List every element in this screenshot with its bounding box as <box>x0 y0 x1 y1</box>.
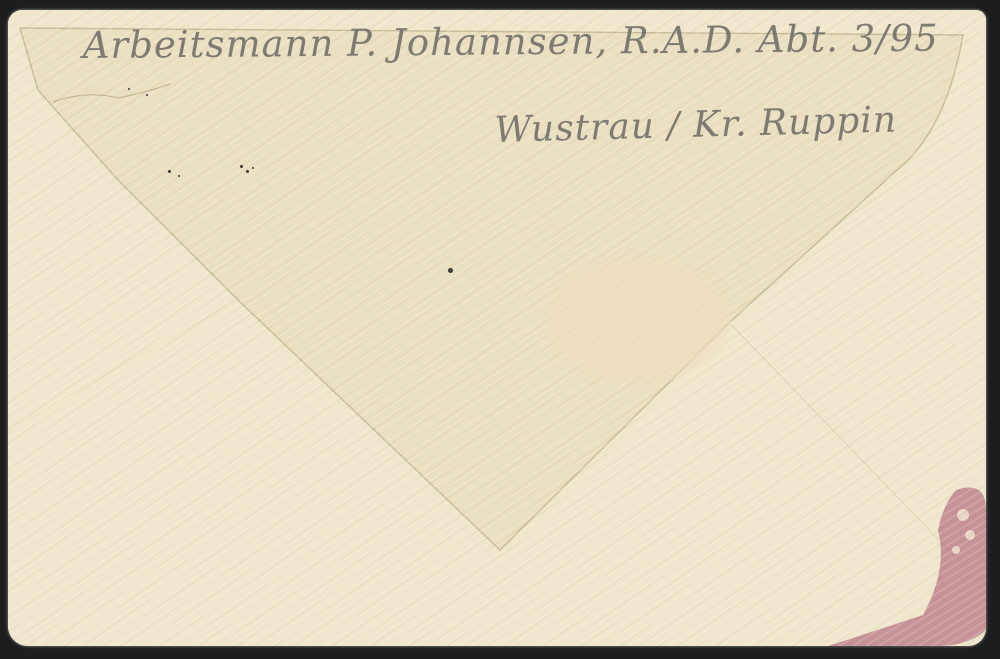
photo-scene: Arbeitsmann P. Johannsen, R.A.D. Abt. 3/… <box>0 0 1000 659</box>
ink-dot <box>252 167 254 169</box>
ink-dot <box>168 170 171 173</box>
ink-dot <box>448 268 453 273</box>
ink-dot <box>246 170 249 173</box>
ink-dot <box>178 175 180 177</box>
envelope-back: Arbeitsmann P. Johannsen, R.A.D. Abt. 3/… <box>8 10 986 646</box>
ink-dot <box>146 94 148 96</box>
ink-dot <box>240 165 243 168</box>
ink-dot <box>128 88 130 90</box>
paper-stain <box>548 260 728 380</box>
sender-name-handwriting: Arbeitsmann P. Johannsen, R.A.D. Abt. 3/… <box>83 17 939 67</box>
